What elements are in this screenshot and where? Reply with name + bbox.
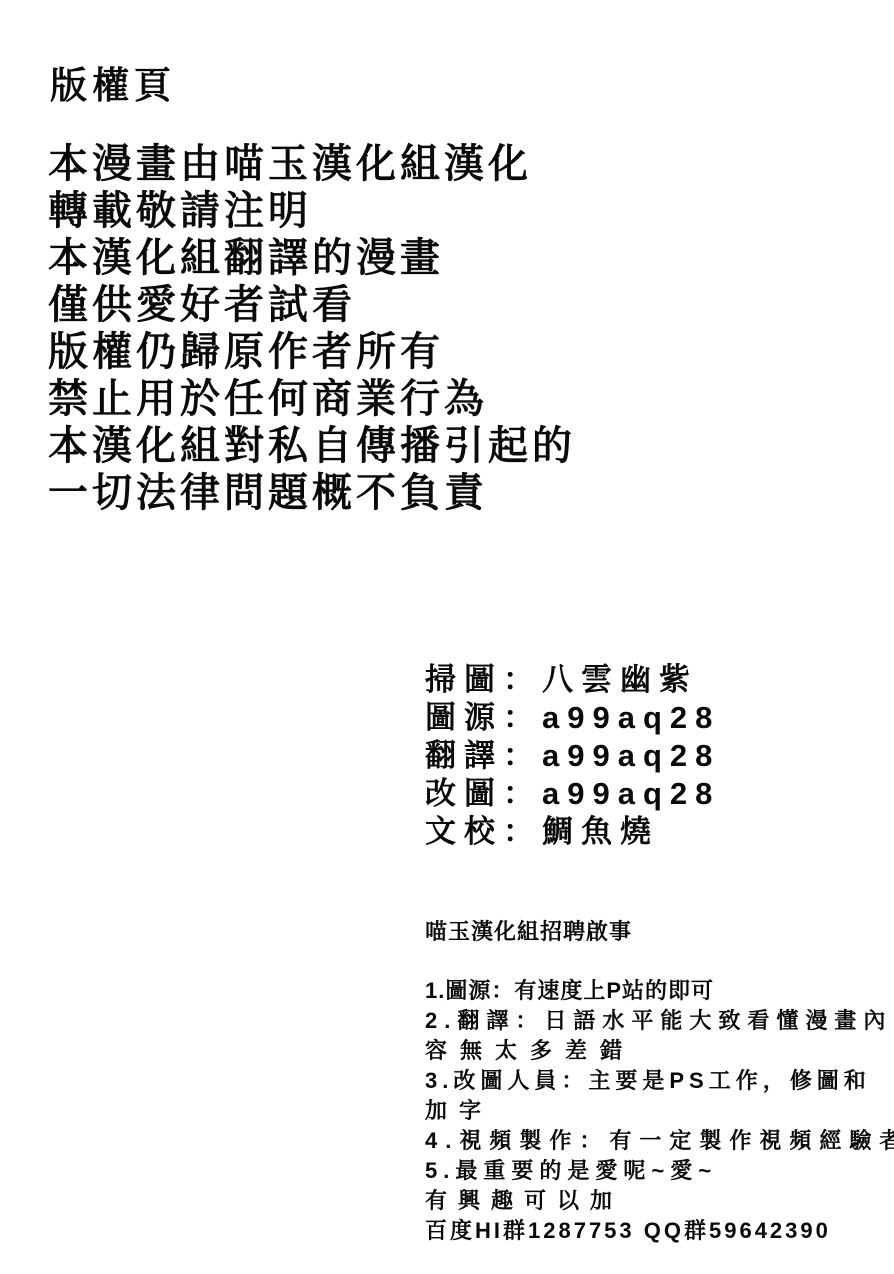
recruitment-lines: 1.圖源：有速度上P站的即可 2.翻譯：日語水平能大致看懂漫畫內 容無太多差錯 …: [425, 976, 894, 1246]
credit-line-source: 圖源：a99aq28: [425, 699, 720, 737]
recruitment-line: 容無太多差錯: [425, 1036, 894, 1066]
recruitment-section: 喵玉漢化組招聘啟事 1.圖源：有速度上P站的即可 2.翻譯：日語水平能大致看懂漫…: [425, 917, 894, 1246]
copyright-notice: 本漫畫由喵玉漢化組漢化 轉載敬請注明 本漢化組翻譯的漫畫 僅供愛好者試看 版權仍…: [48, 141, 576, 517]
credit-line-edit: 改圖：a99aq28: [425, 775, 720, 813]
recruitment-line: 5.最重要的是愛呢~愛~: [425, 1156, 894, 1186]
notice-line: 轉載敬請注明: [48, 188, 576, 235]
notice-line: 禁止用於任何商業行為: [48, 376, 576, 423]
notice-line: 一切法律問題概不負責: [48, 470, 576, 517]
notice-line: 版權仍歸原作者所有: [48, 329, 576, 376]
recruitment-line: 百度HI群1287753 QQ群59642390: [425, 1216, 894, 1246]
credits-list: 掃圖：八雲幽紫 圖源：a99aq28 翻譯：a99aq28 改圖：a99aq28…: [425, 661, 720, 851]
credit-line-scan: 掃圖：八雲幽紫: [425, 661, 720, 699]
copyright-page: 版權頁 本漫畫由喵玉漢化組漢化 轉載敬請注明 本漢化組翻譯的漫畫 僅供愛好者試看…: [0, 0, 894, 1274]
recruitment-line: 4.視頻製作：有一定製作視頻經驗者: [425, 1126, 894, 1156]
credit-line-proofread: 文校：鯛魚燒: [425, 813, 720, 851]
credit-line-translate: 翻譯：a99aq28: [425, 737, 720, 775]
recruitment-line: 有興趣可以加: [425, 1186, 894, 1216]
recruitment-line: 2.翻譯：日語水平能大致看懂漫畫內: [425, 1006, 894, 1036]
notice-line: 本漫畫由喵玉漢化組漢化: [48, 141, 576, 188]
recruitment-line: 加字: [425, 1096, 894, 1126]
recruitment-line: 3.改圖人員：主要是PS工作，修圖和: [425, 1066, 894, 1096]
notice-line: 本漢化組對私自傳播引起的: [48, 423, 576, 470]
notice-line: 本漢化組翻譯的漫畫: [48, 235, 576, 282]
page-title: 版權頁: [50, 55, 176, 109]
recruitment-line: 1.圖源：有速度上P站的即可: [425, 976, 894, 1006]
notice-line: 僅供愛好者試看: [48, 282, 576, 329]
recruitment-heading: 喵玉漢化組招聘啟事: [425, 917, 894, 947]
